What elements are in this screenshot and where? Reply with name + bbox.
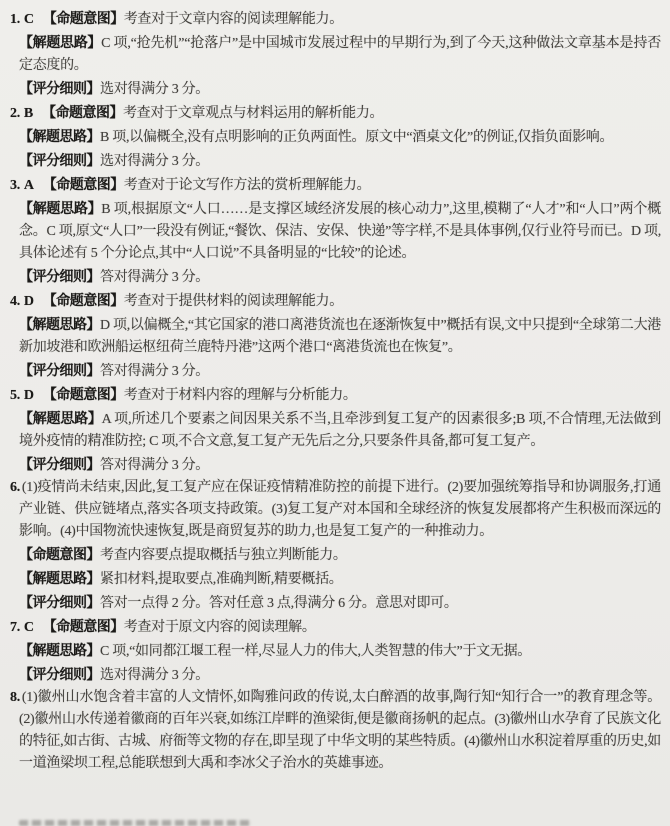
segment-text: 考查对于论文写作方法的赏析理解能力。 <box>124 178 371 193</box>
segment-label: 【解题思路】 <box>19 316 100 332</box>
segment-paragraph: 【解题思路】紧扣材料,提取要点,准确判断,精要概括。 <box>19 567 661 591</box>
segment-paragraph: 【评分细则】答对得满分 3 分。 <box>19 359 661 383</box>
item-number: 1. <box>10 12 20 27</box>
cut-off-line-artifact <box>19 820 251 826</box>
item-answer-letter: D <box>24 294 34 309</box>
segment-label: 【命题意图】 <box>43 386 124 402</box>
segment-text: D 项,以偏概全,“其它国家的港口离港货流也在逐渐恢复中”概括有误,文中只提到“… <box>19 318 661 355</box>
segment-label: 【解题思路】 <box>19 34 101 50</box>
answer-item: 2.B【命题意图】考查对于文章观点与材料运用的解析能力。【解题思路】B 项,以偏… <box>10 101 661 173</box>
answer-item: 6.(1)疫情尚未结束,因此,复工复产应在保证疫情精准防控的前提下进行。(2)要… <box>10 477 661 615</box>
item-number: 3. <box>10 178 20 193</box>
segment-label: 【评分细则】 <box>19 152 100 168</box>
segment-text: C 项,“抢先机”“抢落户”是中国城市发展过程中的早期行为,到了今天,这种做法文… <box>19 36 661 73</box>
segment-label: 【命题意图】 <box>43 10 124 26</box>
segment-label: 【评分细则】 <box>19 456 100 472</box>
item-first-paragraph: 3.A【命题意图】考查对于论文写作方法的赏析理解能力。 <box>19 173 661 197</box>
segment-text: 考查对于提供材料的阅读理解能力。 <box>124 294 343 309</box>
segment-text: A 项,所述几个要素之间因果关系不当,且牵涉到复工复产的因素很多;B 项,不合情… <box>19 412 661 449</box>
item-number: 6. <box>10 480 20 495</box>
segment-text: 考查对于文章内容的阅读理解能力。 <box>124 12 343 27</box>
segment-paragraph: 【解题思路】B 项,以偏概全,没有点明影响的正负两面性。原文中“酒桌文化”的例证… <box>19 125 661 149</box>
segment-text: 答对得满分 3 分。 <box>100 364 209 379</box>
item-answer-letter: B <box>24 106 33 121</box>
segment-paragraph: 【解题思路】D 项,以偏概全,“其它国家的港口离港货流也在逐渐恢复中”概括有误,… <box>19 313 661 359</box>
item-first-paragraph: 5.D【命题意图】考查对于材料内容的理解与分析能力。 <box>19 383 661 407</box>
segment-text: 选对得满分 3 分。 <box>100 154 209 169</box>
item-answer-text: (1)徽州山水饱含着丰富的人文情怀,如陶雅问政的传说,太白醉酒的故事,陶行知“知… <box>19 690 661 771</box>
item-first-paragraph: 1.C【命题意图】考查对于文章内容的阅读理解能力。 <box>19 7 661 31</box>
segment-label: 【解题思路】 <box>19 642 100 658</box>
segment-text: 选对得满分 3 分。 <box>100 82 209 97</box>
segment-label: 【评分细则】 <box>19 666 100 682</box>
answer-item: 1.C【命题意图】考查对于文章内容的阅读理解能力。【解题思路】C 项,“抢先机”… <box>10 7 661 101</box>
segment-label: 【评分细则】 <box>19 362 100 378</box>
item-answer-letter: C <box>24 12 34 27</box>
segment-paragraph: 【解题思路】C 项,“抢先机”“抢落户”是中国城市发展过程中的早期行为,到了今天… <box>19 31 661 77</box>
item-answer-letter: C <box>24 620 34 635</box>
segment-label: 【解题思路】 <box>19 570 100 586</box>
segment-label: 【评分细则】 <box>19 594 100 610</box>
segment-paragraph: 【命题意图】考查内容要点提取概括与独立判断能力。 <box>19 543 661 567</box>
segment-label: 【命题意图】 <box>43 176 124 192</box>
segment-text: 答对一点得 2 分。答对任意 3 点,得满分 6 分。意思对即可。 <box>100 596 458 611</box>
segment-paragraph: 【评分细则】选对得满分 3 分。 <box>19 149 661 173</box>
item-answer-text: (1)疫情尚未结束,因此,复工复产应在保证疫情精准防控的前提下进行。(2)要加强… <box>19 480 661 539</box>
scanned-answer-sheet: 1.C【命题意图】考查对于文章内容的阅读理解能力。【解题思路】C 项,“抢先机”… <box>0 0 670 826</box>
segment-paragraph: 【解题思路】A 项,所述几个要素之间因果关系不当,且牵涉到复工复产的因素很多;B… <box>19 407 661 453</box>
item-number: 4. <box>10 294 20 309</box>
segment-text: B 项,以偏概全,没有点明影响的正负两面性。原文中“酒桌文化”的例证,仅指负面影… <box>100 130 613 145</box>
segment-paragraph: 【评分细则】选对得满分 3 分。 <box>19 77 661 101</box>
segment-paragraph: 【评分细则】答对得满分 3 分。 <box>19 453 661 477</box>
item-first-paragraph: 2.B【命题意图】考查对于文章观点与材料运用的解析能力。 <box>19 101 661 125</box>
segment-text: B 项,根据原文“人口……是支撑区域经济发展的核心动力”,这里,模糊了“人才”和… <box>19 202 661 261</box>
segment-label: 【评分细则】 <box>19 268 100 284</box>
answer-list: 1.C【命题意图】考查对于文章内容的阅读理解能力。【解题思路】C 项,“抢先机”… <box>10 7 661 775</box>
answer-item: 8.(1)徽州山水饱含着丰富的人文情怀,如陶雅问政的传说,太白醉酒的故事,陶行知… <box>10 687 661 775</box>
segment-text: 考查对于原文内容的阅读理解。 <box>124 620 316 635</box>
segment-label: 【解题思路】 <box>19 200 101 216</box>
segment-text: 考查对于材料内容的理解与分析能力。 <box>124 388 357 403</box>
answer-item: 7.C【命题意图】考查对于原文内容的阅读理解。【解题思路】C 项,“如同都江堰工… <box>10 615 661 687</box>
answer-item: 3.A【命题意图】考查对于论文写作方法的赏析理解能力。【解题思路】B 项,根据原… <box>10 173 661 289</box>
segment-label: 【评分细则】 <box>19 80 100 96</box>
segment-text: 答对得满分 3 分。 <box>100 270 209 285</box>
item-first-paragraph: 8.(1)徽州山水饱含着丰富的人文情怀,如陶雅问政的传说,太白醉酒的故事,陶行知… <box>19 687 661 775</box>
item-number: 5. <box>10 388 20 403</box>
segment-text: 选对得满分 3 分。 <box>100 668 209 683</box>
segment-paragraph: 【解题思路】B 项,根据原文“人口……是支撑区域经济发展的核心动力”,这里,模糊… <box>19 197 661 265</box>
segment-label: 【命题意图】 <box>43 292 124 308</box>
segment-text: 考查对于文章观点与材料运用的解析能力。 <box>123 106 383 121</box>
segment-text: 答对得满分 3 分。 <box>100 458 209 473</box>
item-number: 2. <box>10 106 20 121</box>
answer-item: 5.D【命题意图】考查对于材料内容的理解与分析能力。【解题思路】A 项,所述几个… <box>10 383 661 477</box>
segment-paragraph: 【评分细则】选对得满分 3 分。 <box>19 663 661 687</box>
item-answer-letter: D <box>24 388 34 403</box>
segment-label: 【命题意图】 <box>42 104 123 120</box>
segment-paragraph: 【评分细则】答对得满分 3 分。 <box>19 265 661 289</box>
segment-paragraph: 【解题思路】C 项,“如同都江堰工程一样,尽显人力的伟大,人类智慧的伟大”于文无… <box>19 639 661 663</box>
item-first-paragraph: 6.(1)疫情尚未结束,因此,复工复产应在保证疫情精准防控的前提下进行。(2)要… <box>19 477 661 543</box>
item-answer-letter: A <box>24 178 34 193</box>
segment-label: 【解题思路】 <box>19 410 102 426</box>
item-first-paragraph: 7.C【命题意图】考查对于原文内容的阅读理解。 <box>19 615 661 639</box>
item-number: 7. <box>10 620 20 635</box>
item-first-paragraph: 4.D【命题意图】考查对于提供材料的阅读理解能力。 <box>19 289 661 313</box>
segment-label: 【命题意图】 <box>43 618 124 634</box>
segment-label: 【解题思路】 <box>19 128 100 144</box>
segment-text: 紧扣材料,提取要点,准确判断,精要概括。 <box>100 572 343 587</box>
answer-item: 4.D【命题意图】考查对于提供材料的阅读理解能力。【解题思路】D 项,以偏概全,… <box>10 289 661 383</box>
segment-paragraph: 【评分细则】答对一点得 2 分。答对任意 3 点,得满分 6 分。意思对即可。 <box>19 591 661 615</box>
segment-label: 【命题意图】 <box>19 546 100 562</box>
item-number: 8. <box>10 690 20 705</box>
segment-text: C 项,“如同都江堰工程一样,尽显人力的伟大,人类智慧的伟大”于文无据。 <box>100 644 531 659</box>
segment-text: 考查内容要点提取概括与独立判断能力。 <box>100 548 347 563</box>
